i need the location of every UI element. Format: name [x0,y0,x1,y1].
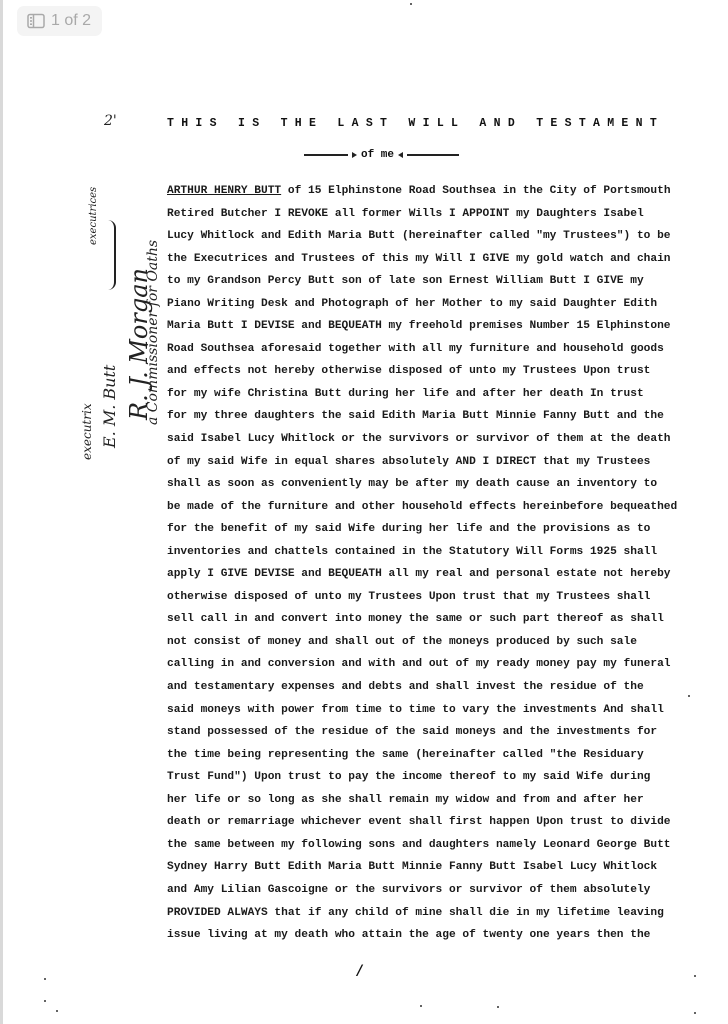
text-line: said moneys with power from time to time… [167,699,687,722]
text-line: not consist of money and shall out of th… [167,631,687,654]
handwritten-signature-butt: E. M. Butt [100,365,119,448]
handwritten-witness-note: executrix [80,403,94,460]
scan-speck [688,695,690,697]
text-line: the same between my following sons and d… [167,834,687,857]
text-line: Lucy Whitlock and Edith Maria Butt (here… [167,225,687,248]
text-line: shall as soon as conveniently may be aft… [167,473,687,496]
subtitle-text: of me [361,149,394,161]
text-line: PROVIDED ALWAYS that if any child of min… [167,902,687,925]
scan-speck [44,978,46,980]
text-line: her life or so long as she shall remain … [167,789,687,812]
document-page: 2' THIS IS THE LAST WILL AND TESTAMENT o… [0,0,728,1024]
text-line: Trust Fund") Upon trust to pay the incom… [167,766,687,789]
text-line: be made of the furniture and other house… [167,496,687,519]
text-line: apply I GIVE DEVISE and BEQUEATH all my … [167,563,687,586]
text-line: Maria Butt I DEVISE and BEQUEATH my free… [167,315,687,338]
text-line: of my said Wife in equal shares absolute… [167,451,687,474]
text-line: for my three daughters the said Edith Ma… [167,405,687,428]
scan-speck [410,3,412,5]
decorative-rule-left [304,154,348,156]
document-title: THIS IS THE LAST WILL AND TESTAMENT [167,117,664,130]
scan-speck [497,1006,499,1008]
decorative-rule-right [407,154,459,156]
text-line: inventories and chattels contained in th… [167,541,687,564]
document-subtitle: of me [304,149,459,161]
marginal-number: 2' [104,113,117,129]
arrow-left-icon [398,152,403,158]
scan-speck [694,1012,696,1014]
text-line: for the benefit of my said Wife during h… [167,518,687,541]
handwritten-commissioner-note: a Commissioner for Oaths [145,240,161,425]
text-line: Sydney Harry Butt Edith Maria Butt Minni… [167,856,687,879]
text-line: issue living at my death who attain the … [167,924,687,947]
text-line: said Isabel Lucy Whitlock or the survivo… [167,428,687,451]
testator-name: ARTHUR HENRY BUTT [167,185,281,197]
text-line: otherwise disposed of unto my Trustees U… [167,586,687,609]
text-line: to my Grandson Percy Butt son of late so… [167,270,687,293]
text-line: and testamentary expenses and debts and … [167,676,687,699]
page-number-mark: / [357,963,362,979]
will-body-text: ARTHUR HENRY BUTT of 15 Elphinstone Road… [167,180,687,947]
scan-speck [694,975,696,977]
text-line: calling in and conversion and with and o… [167,653,687,676]
text-line: for my wife Christina Butt during her li… [167,383,687,406]
text-line: the time being representing the same (he… [167,744,687,767]
text-line: and effects not hereby otherwise dispose… [167,360,687,383]
text-line: Road Southsea aforesaid together with al… [167,338,687,361]
handwritten-brace-note: executrices [88,187,99,245]
scan-speck [420,1005,422,1007]
text-line: death or remarriage whichever event shal… [167,811,687,834]
text-line: sell call in and convert into money the … [167,608,687,631]
handwritten-brace-mark [108,220,116,290]
text-line: and Amy Lilian Gascoigne or the survivor… [167,879,687,902]
text-line: ARTHUR HENRY BUTT of 15 Elphinstone Road… [167,180,687,203]
scan-speck [56,1010,58,1012]
text-line: Piano Writing Desk and Photograph of her… [167,293,687,316]
text-line: the Executrices and Trustees of this my … [167,248,687,271]
scan-speck [44,1000,46,1002]
text-line: Retired Butcher I REVOKE all former Will… [167,203,687,226]
text-line: stand possessed of the residue of the sa… [167,721,687,744]
arrow-right-icon [352,152,357,158]
